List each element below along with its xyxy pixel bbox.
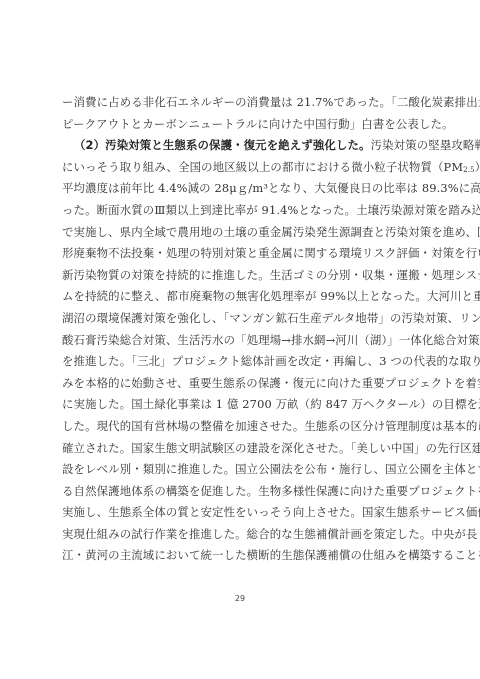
section-heading: （2）汚染対策と生態系の保護・復元を絶えず強化した。: [74, 138, 371, 152]
text-line: ピークアウトとカーボンニュートラルに向けた中国行動」白書を公表した。: [62, 114, 442, 136]
text-line: みを本格的に始動させ、重要生態系の保護・復元に向けた重要プロジェクトを着実: [62, 373, 442, 395]
text-line: 実施し、生態系全体の質と安定性をいっそう向上させた。国家生態系サービス価値: [62, 502, 442, 524]
text-line: に実施した。国土緑化事業は 1 億 2700 万畝（約 847 万ヘクタール）の…: [62, 394, 442, 416]
text-run: にいっそう取り組み、全国の地区級以上の都市における微小粒子状物質（PM: [62, 160, 463, 174]
text-line: 設をレベル別・類別に推進した。国立公園法を公布・施行し、国立公園を主体とす: [62, 459, 442, 481]
text-line: 確立された。国家生態文明試験区の建設を深化させた。「美しい中国」の先行区建: [62, 438, 442, 460]
text-run: 汚染対策の堅塁攻略戦: [371, 138, 480, 152]
page-number: 29: [0, 594, 480, 603]
text-line: 新汚染物質の対策を持続的に推進した。生活ゴミの分別・収集・運搬・処理システ: [62, 265, 442, 287]
document-page: ー消費に占める非化石エネルギーの消費量は 21.7%であった。「二酸化炭素排出量…: [0, 0, 480, 679]
text-line: 形廃棄物不法投棄・処理の特別対策と重金属に関する環境リスク評価・対策を行い、: [62, 243, 442, 265]
text-line: で実施し、県内全域で農用地の土壌の重金属汚染発生源調査と汚染対策を進め、固: [62, 222, 442, 244]
text-line: 実現仕組みの試行作業を推進した。総合的な生態補償計画を策定した。中央が長: [62, 524, 442, 546]
body-text: ー消費に占める非化石エネルギーの消費量は 21.7%であった。「二酸化炭素排出量…: [62, 92, 442, 567]
subscript: 2.5: [463, 166, 475, 174]
text-line: ー消費に占める非化石エネルギーの消費量は 21.7%であった。「二酸化炭素排出量: [62, 92, 442, 114]
text-line: 江・黄河の主流域において統一した横断的生態保護補償の仕組みを構築することを: [62, 545, 442, 567]
section-heading-line: （2）汚染対策と生態系の保護・復元を絶えず強化した。汚染対策の堅塁攻略戦: [62, 135, 442, 157]
text-line: ムを持続的に整え、都市廃棄物の無害化処理率が 99%以上となった。大河川と重要: [62, 286, 442, 308]
text-line: にいっそう取り組み、全国の地区級以上の都市における微小粒子状物質（PM2.5）の: [62, 157, 442, 179]
text-line: を推進した。「三北」プロジェクト総体計画を改定・再編し、3 つの代表的な取り組: [62, 351, 442, 373]
text-line: した。現代的国有営林場の整備を加速させた。生態系の区分け管理制度は基本的に: [62, 416, 442, 438]
text-line: った。断面水質のⅢ類以上到達比率が 91.4%となった。土壌汚染源対策を踏み込ん: [62, 200, 442, 222]
text-line: 湖沼の環境保護対策を強化し、「マンガン鉱石生産デルタ地帯」の汚染対策、リン: [62, 308, 442, 330]
text-line: 平均濃度は前年比 4.4%減の 28μｇ/m³となり、大気優良日の比率は 89.…: [62, 178, 442, 200]
text-line: る自然保護地体系の構築を促進した。生物多様性保護に向けた重要プロジェクトを: [62, 481, 442, 503]
text-run: ）の: [475, 160, 480, 174]
text-line: 酸石膏汚染総合対策、生活汚水の「処理場→排水網→河川（湖）」一体化総合対策: [62, 330, 442, 352]
